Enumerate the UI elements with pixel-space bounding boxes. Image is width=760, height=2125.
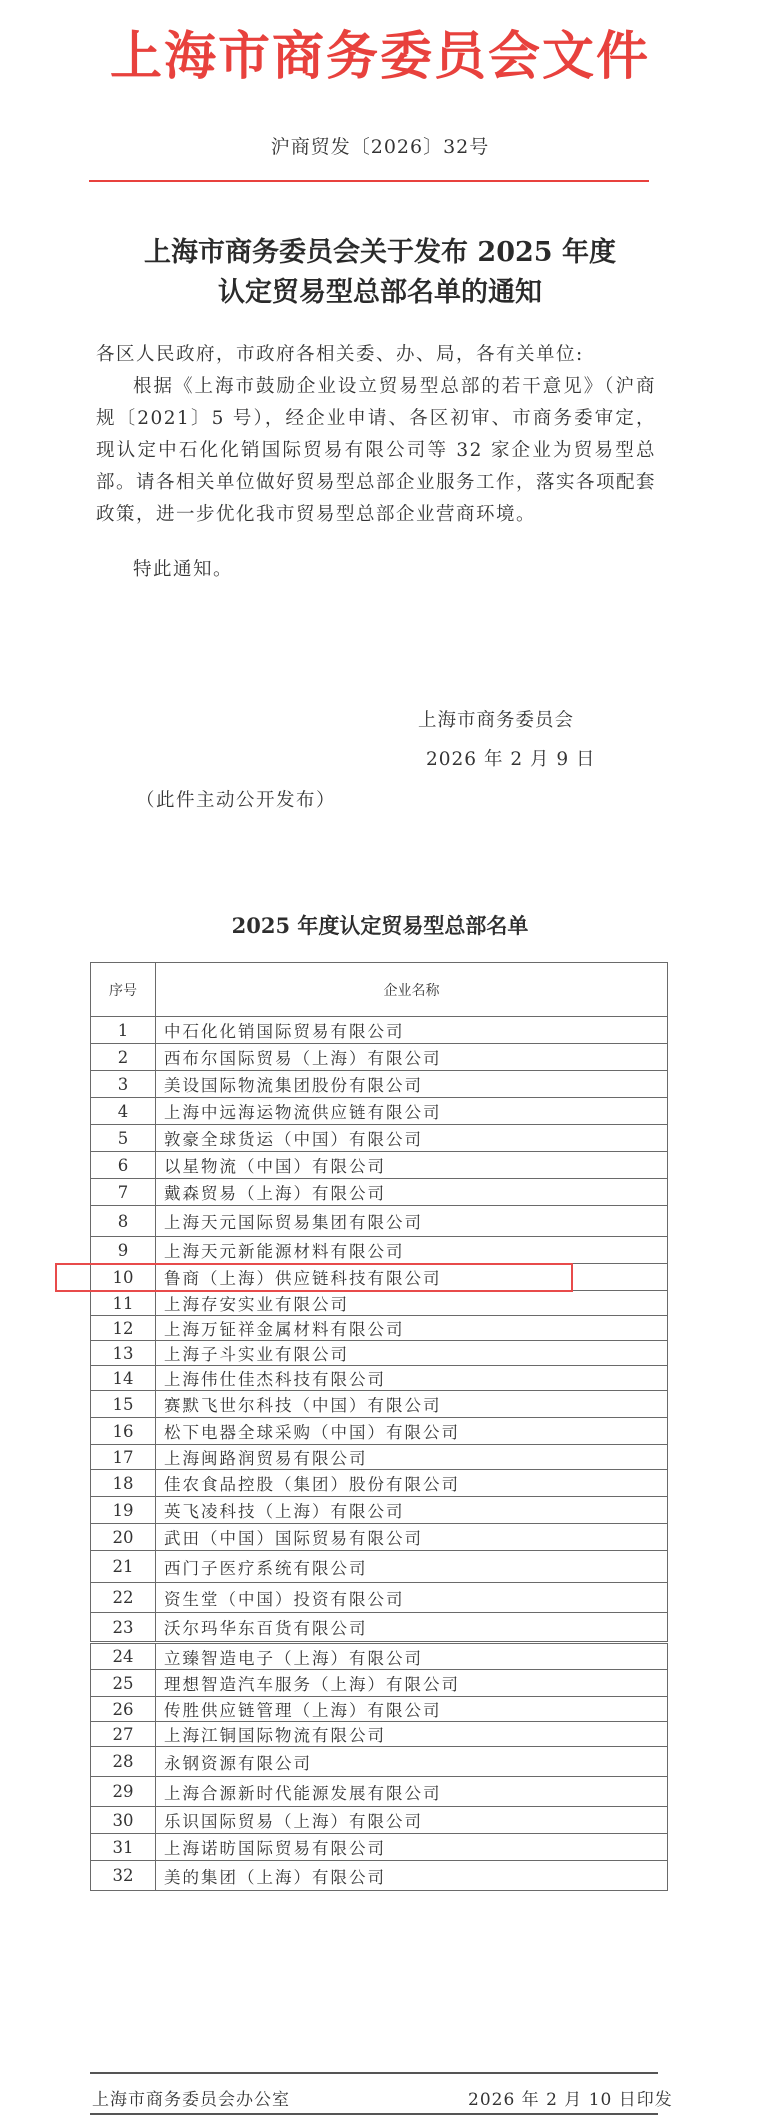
row-number: 21: [91, 1551, 156, 1583]
row-number: 2: [91, 1044, 156, 1071]
row-number: 25: [91, 1670, 156, 1697]
list-title: 2025 年度认定贸易型总部名单: [0, 910, 760, 940]
row-number: 14: [91, 1366, 156, 1391]
table-row: 7戴森贸易（上海）有限公司: [91, 1179, 668, 1206]
row-number: 12: [91, 1316, 156, 1341]
footer-print-date: 2026 年 2 月 10 日印发: [468, 2085, 673, 2110]
company-name: 英飞凌科技（上海）有限公司: [156, 1497, 668, 1524]
notice-title: 上海市商务委员会关于发布 2025 年度 认定贸易型总部名单的通知: [0, 233, 760, 313]
table-row: 32美的集团（上海）有限公司: [91, 1861, 668, 1891]
table-row: 25理想智造汽车服务（上海）有限公司: [91, 1670, 668, 1697]
row-number: 11: [91, 1291, 156, 1316]
table-row: 30乐识国际贸易（上海）有限公司: [91, 1807, 668, 1834]
notice-title-line-1: 上海市商务委员会关于发布 2025 年度: [0, 233, 760, 273]
table-row: 1中石化化销国际贸易有限公司: [91, 1017, 668, 1044]
public-release-note: （此件主动公开发布）: [136, 786, 336, 812]
table-row: 19英飞凌科技（上海）有限公司: [91, 1497, 668, 1524]
notice-body-paragraph: 根据《上海市鼓励企业设立贸易型总部的若干意见》（沪商规〔2021〕5 号），经企…: [96, 371, 656, 531]
row-number: 17: [91, 1445, 156, 1470]
table-row: 4上海中远海运物流供应链有限公司: [91, 1098, 668, 1125]
column-header-number: 序号: [91, 963, 156, 1017]
closing-phrase: 特此通知。: [133, 554, 693, 586]
company-name: 上海伟仕佳杰科技有限公司: [156, 1366, 668, 1391]
table-row: 2西布尔国际贸易（上海）有限公司: [91, 1044, 668, 1071]
company-name: 西门子医疗系统有限公司: [156, 1551, 668, 1583]
signature-date: 2026 年 2 月 9 日: [426, 745, 596, 771]
footer-issuing-office: 上海市商务委员会办公室: [92, 2085, 290, 2110]
table-row: 13上海子斗实业有限公司: [91, 1341, 668, 1366]
table-row: 17上海闽路润贸易有限公司: [91, 1445, 668, 1470]
row-number: 24: [91, 1643, 156, 1670]
table-row: 21西门子医疗系统有限公司: [91, 1551, 668, 1583]
row-number: 29: [91, 1777, 156, 1807]
company-name: 赛默飞世尔科技（中国）有限公司: [156, 1391, 668, 1418]
row-number: 19: [91, 1497, 156, 1524]
company-name: 上海子斗实业有限公司: [156, 1341, 668, 1366]
company-name: 永钢资源有限公司: [156, 1747, 668, 1777]
company-name: 上海万钲祥金属材料有限公司: [156, 1316, 668, 1341]
company-name: 美设国际物流集团股份有限公司: [156, 1071, 668, 1098]
company-name: 上海天元新能源材料有限公司: [156, 1237, 668, 1264]
footer-top-rule: [90, 2072, 658, 2074]
company-name: 西布尔国际贸易（上海）有限公司: [156, 1044, 668, 1071]
row-number: 13: [91, 1341, 156, 1366]
table-row: 8上海天元国际贸易集团有限公司: [91, 1206, 668, 1237]
row-number: 27: [91, 1722, 156, 1747]
document-masthead: 上海市商务委员会文件: [0, 22, 760, 92]
row-number: 10: [91, 1264, 156, 1291]
table-row: 3美设国际物流集团股份有限公司: [91, 1071, 668, 1098]
document-number: 沪商贸发〔2026〕32号: [0, 132, 760, 159]
row-number: 32: [91, 1861, 156, 1891]
row-number: 8: [91, 1206, 156, 1237]
row-number: 23: [91, 1613, 156, 1643]
row-number: 28: [91, 1747, 156, 1777]
company-name: 沃尔玛华东百货有限公司: [156, 1613, 668, 1643]
company-name: 美的集团（上海）有限公司: [156, 1861, 668, 1891]
table-row: 31上海诺昉国际贸易有限公司: [91, 1834, 668, 1861]
footer-bottom-rule: [90, 2113, 658, 2115]
company-name: 立臻智造电子（上海）有限公司: [156, 1643, 668, 1670]
company-name: 上海合源新时代能源发展有限公司: [156, 1777, 668, 1807]
table-row: 29上海合源新时代能源发展有限公司: [91, 1777, 668, 1807]
table-row: 24立臻智造电子（上海）有限公司: [91, 1643, 668, 1670]
red-divider: [89, 180, 649, 182]
row-number: 22: [91, 1583, 156, 1613]
table-row: 27上海江铜国际物流有限公司: [91, 1722, 668, 1747]
row-number: 7: [91, 1179, 156, 1206]
company-name: 中石化化销国际贸易有限公司: [156, 1017, 668, 1044]
salutation: 各区人民政府，市政府各相关委、办、局，各有关单位:: [96, 339, 656, 371]
company-name: 敦豪全球货运（中国）有限公司: [156, 1125, 668, 1152]
row-number: 4: [91, 1098, 156, 1125]
company-name: 上海中远海运物流供应链有限公司: [156, 1098, 668, 1125]
row-number: 3: [91, 1071, 156, 1098]
row-number: 26: [91, 1697, 156, 1722]
company-name: 上海诺昉国际贸易有限公司: [156, 1834, 668, 1861]
table-row: 20武田（中国）国际贸易有限公司: [91, 1524, 668, 1551]
company-name: 鲁商（上海）供应链科技有限公司: [156, 1264, 668, 1291]
company-name: 上海闽路润贸易有限公司: [156, 1445, 668, 1470]
table-row: 9上海天元新能源材料有限公司: [91, 1237, 668, 1264]
company-name: 传胜供应链管理（上海）有限公司: [156, 1697, 668, 1722]
table-body: 1中石化化销国际贸易有限公司2西布尔国际贸易（上海）有限公司3美设国际物流集团股…: [91, 1017, 668, 1891]
headquarters-table: 序号 企业名称 1中石化化销国际贸易有限公司2西布尔国际贸易（上海）有限公司3美…: [90, 962, 668, 1891]
company-name: 理想智造汽车服务（上海）有限公司: [156, 1670, 668, 1697]
notice-title-line-2: 认定贸易型总部名单的通知: [0, 273, 760, 313]
table-row: 23沃尔玛华东百货有限公司: [91, 1613, 668, 1643]
table-row: 14上海伟仕佳杰科技有限公司: [91, 1366, 668, 1391]
company-name: 以星物流（中国）有限公司: [156, 1152, 668, 1179]
row-number: 20: [91, 1524, 156, 1551]
company-name: 松下电器全球采购（中国）有限公司: [156, 1418, 668, 1445]
row-number: 15: [91, 1391, 156, 1418]
company-name: 武田（中国）国际贸易有限公司: [156, 1524, 668, 1551]
row-number: 5: [91, 1125, 156, 1152]
table-row: 26传胜供应链管理（上海）有限公司: [91, 1697, 668, 1722]
table-header-row: 序号 企业名称: [91, 963, 668, 1017]
company-name: 佳农食品控股（集团）股份有限公司: [156, 1470, 668, 1497]
company-name: 上海江铜国际物流有限公司: [156, 1722, 668, 1747]
table-row: 28永钢资源有限公司: [91, 1747, 668, 1777]
row-number: 6: [91, 1152, 156, 1179]
table-row: 22资生堂（中国）投资有限公司: [91, 1583, 668, 1613]
row-number: 31: [91, 1834, 156, 1861]
signature-organization: 上海市商务委员会: [418, 706, 574, 732]
company-name: 上海存安实业有限公司: [156, 1291, 668, 1316]
company-name: 乐识国际贸易（上海）有限公司: [156, 1807, 668, 1834]
table-row: 10鲁商（上海）供应链科技有限公司: [91, 1264, 668, 1291]
table-row: 11上海存安实业有限公司: [91, 1291, 668, 1316]
company-name: 戴森贸易（上海）有限公司: [156, 1179, 668, 1206]
table-row: 6以星物流（中国）有限公司: [91, 1152, 668, 1179]
column-header-company: 企业名称: [156, 963, 668, 1017]
row-number: 30: [91, 1807, 156, 1834]
row-number: 18: [91, 1470, 156, 1497]
company-name: 资生堂（中国）投资有限公司: [156, 1583, 668, 1613]
table-row: 5敦豪全球货运（中国）有限公司: [91, 1125, 668, 1152]
row-number: 9: [91, 1237, 156, 1264]
row-number: 1: [91, 1017, 156, 1044]
table-row: 12上海万钲祥金属材料有限公司: [91, 1316, 668, 1341]
table-row: 16松下电器全球采购（中国）有限公司: [91, 1418, 668, 1445]
company-name: 上海天元国际贸易集团有限公司: [156, 1206, 668, 1237]
table-row: 18佳农食品控股（集团）股份有限公司: [91, 1470, 668, 1497]
table-row: 15赛默飞世尔科技（中国）有限公司: [91, 1391, 668, 1418]
row-number: 16: [91, 1418, 156, 1445]
